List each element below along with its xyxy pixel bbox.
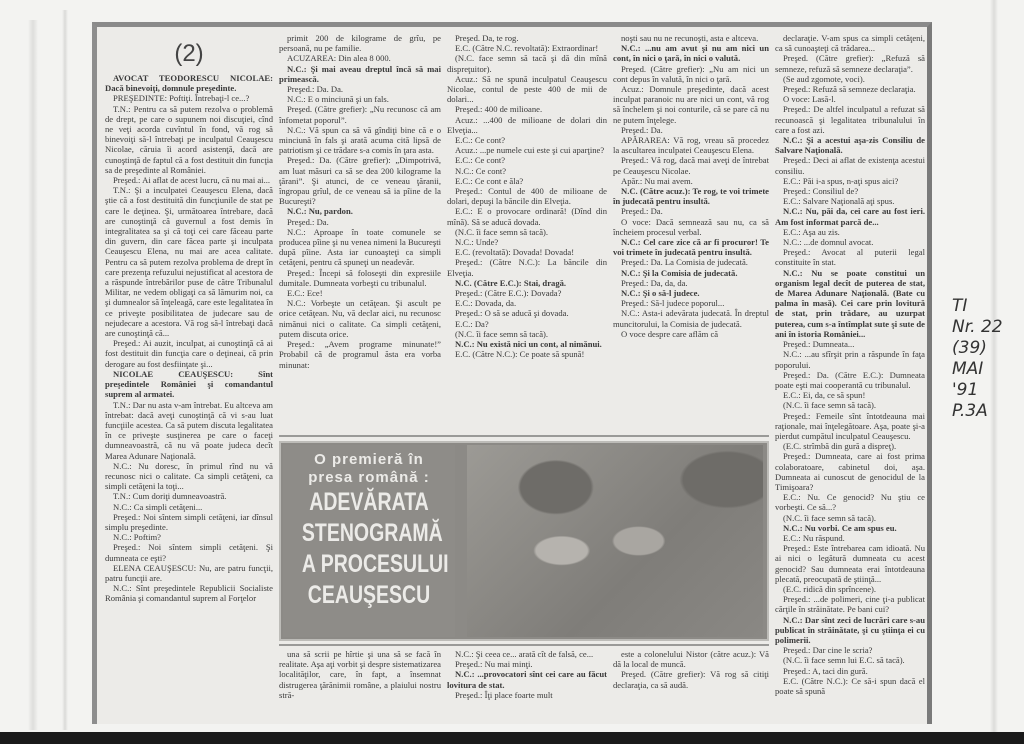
banner-title: CEAUŞESCU [302,580,436,611]
paragraph: Preşed.: Să-l judece poporul... [613,298,769,308]
paragraph: N.C. (Către acuz.): Te rog, te voi trime… [613,186,769,206]
article-column-4-continued: este a colonelului Nistor (către acuz.):… [613,649,769,707]
paragraph: Preşed.: (Către E.C.): Dovada? [447,288,607,298]
paragraph: N.C.: Nu, păi da, cei care au fost ieri.… [775,206,925,226]
paragraph: T.N.: Cum doriţi dumneavoastră. [105,491,273,501]
paragraph: T.N.: Şi a inculpatei Ceauşescu Elena, d… [105,185,273,338]
paragraph: E.C.: Dovada, da. [447,298,607,308]
article-column-3-continued: N.C.: Şi ceea ce... arată cît de falsă, … [447,649,607,707]
paragraph: (N.C. îi face semn să tacă). [447,227,607,237]
paragraph: N.C.: Dar sînt zeci de lucrări care s-au… [775,615,925,646]
paragraph: O voce: Dacă semnează sau nu, ca să înch… [613,217,769,237]
paragraph: N.C.: ...nu am avut şi nu am nici un con… [613,43,769,63]
paragraph: N.C.: ...au sfîrşit prin a răspunde în f… [775,349,925,369]
paragraph: (E.C. strîmbă din gură a dispreţ). [775,441,925,451]
paragraph: Apăr.: Nu mai avem. [613,176,769,186]
paragraph: (N.C. îi face semn să tacă). [775,400,925,410]
paragraph: N.C.: Nu există nici un cont, al nimănui… [447,339,607,349]
paragraph: O voce despre care aflăm că [613,329,769,339]
note-line: P.3A [952,401,1012,422]
paragraph: E.C.: Ce cont? [447,155,607,165]
article-column-2: primit 200 de kilograme de grîu, pe pers… [279,33,441,403]
paragraph: E.C.: Ce cont e ăla? [447,176,607,186]
handwritten-archive-note: TI Nr. 22 (39) MAI '91 P.3A [952,296,1012,422]
paragraph: Acuz.: ...400 de milioane de dolari din … [447,115,607,135]
paragraph: N.C.: Şi ceea ce... arată cît de falsă, … [447,649,607,659]
paragraph: Preşed.: Dumneata, care ai fost prima co… [775,451,925,492]
banner-kicker: O premieră în [283,451,455,469]
paragraph: Acuz.: Să ne spună inculpatul Ceauşescu … [447,74,607,105]
scan-edge-shadow [28,20,38,730]
paragraph: E.C.: Păi i-a spus, n-aţi spus aici? [775,176,925,186]
paragraph: Preşed.: Începi să foloseşti din expresi… [279,268,441,288]
paragraph: T.N.: Pentru ca să putem rezolva o probl… [105,104,273,175]
article-column-3: Preşed. Da, te rog. E.C. (Către N.C. rev… [447,33,607,403]
paragraph: Preşed.: Avocat al puterii legal constit… [775,247,925,267]
scan-edge-shadow [62,10,68,730]
note-line: Nr. 22 [952,317,1012,338]
paragraph: Acuz.: ...pe numele cui este şi cui apar… [447,145,607,155]
paragraph: (N.C. îi face semn lui E.C. să tacă). [775,655,925,665]
paragraph: una să scrii pe hîrtie şi una să se facă… [279,649,441,700]
paragraph: APĂRAREA: Vă rog, vreau să procedez la a… [613,135,769,155]
paragraph: N.C.: Şi a acestui aşa-zis Consiliu de S… [775,135,925,155]
paragraph: N.C.: Unde? [447,237,607,247]
paragraph: Preşed.: 400 de milioane. [447,104,607,114]
paragraph: Preşed.: Da, da, da. [613,278,769,288]
article-column-5: declaraţie. V-am spus ca simpli cetăţeni… [775,33,925,708]
paragraph: Preşed.: „Avem programe minunate!” Proba… [279,339,441,370]
paragraph: Preşed.: Femeile sînt întotdeauna mai ra… [775,411,925,442]
headline-banner: O premieră în presa română : ADEVĂRATA S… [279,441,769,641]
paragraph: Preşed.: Da. [613,125,769,135]
paragraph: N.C.: ...provocatori sînt cei care au fă… [447,669,607,689]
paragraph: T.N.: Dar nu asta v-am întrebat. Eu altc… [105,400,273,461]
paragraph: Preşed.: (Către N.C.): La băncile din El… [447,257,607,277]
divider-rule [279,435,769,437]
section-number: (2) [105,41,273,67]
paragraph: E.C.: Nu. Ce genocid? Nu ştiu ce vorbeşt… [775,492,925,512]
paragraph: N.C.: Nu vorbi. Ce am spus eu. [775,523,925,533]
paragraph: E.C. (Către N.C.): Ce să-i spun dacă el … [775,676,925,696]
paragraph: Preşed.: Noi sîntem simpli cetăţeni. Şi … [105,542,273,562]
paragraph: E.C. (Către N.C.): Ce poate să spună! [447,349,607,359]
paragraph: ACUZAREA: Din alea 8 000. [279,53,441,63]
paragraph: E.C. (Către N.C. revoltată): Extraordina… [447,43,607,53]
article-column-4: noşti sau nu ne recunoşti, asta e altcev… [613,33,769,403]
paragraph: N.C.: Nu, pardon. [279,206,441,216]
paragraph: N.C.: Nu se poate constitui un organism … [775,268,925,339]
paragraph: este a colonelului Nistor (către acuz.):… [613,649,769,669]
paragraph: N.C.: Ca simpli cetăţeni... [105,502,273,512]
paragraph: Preşed.: Contul de 400 de milioane de do… [447,186,607,206]
paragraph: N.C.: Poftim? [105,532,273,542]
paragraph: E.C.: Da? [447,319,607,329]
paragraph: N.C.: Ce cont? [447,166,607,176]
paragraph: N.C.: Şi o să-l judece. [613,288,769,298]
paragraph: Preşed.: Deci ai aflat de existenţa aces… [775,155,925,175]
paragraph: Preşed.: Ai auzit, inculpat, ai cunoştin… [105,338,273,369]
paragraph: E.C.: Ce cont? [447,135,607,145]
paragraph: primit 200 de kilograme de grîu, pe pers… [279,33,441,53]
paragraph: E.C. (revoltată): Dovada! Dovada! [447,247,607,257]
banner-title: ADEVĂRATA [302,487,436,518]
divider-rule [279,644,769,646]
paragraph: N.C.: Aproape în toate comunele se produ… [279,227,441,268]
paragraph: Preşed.: ...de polimeri, cine ţi-a publi… [775,594,925,614]
paragraph: Preşed.: Da. Da. [279,84,441,94]
paragraph: Preşed.: Refuză să semneze declaraţia. [775,84,925,94]
paragraph: Preşed.: Consiliul de? [775,186,925,196]
paragraph: Preşed. (Către grefier): „Nu am nici un … [613,64,769,84]
banner-kicker: presa română : [283,469,455,487]
paragraph: Preşed.: Da. [279,217,441,227]
paragraph: Preşed.: Ai aflat de acest lucru, că nu … [105,175,273,185]
paragraph: Preşed.: Dar cine le scria? [775,645,925,655]
paragraph: N.C.: Cel care zice că ar fi procuror! T… [613,237,769,257]
paragraph: Preşed.: Da. (Către E.C.): Dumneata poat… [775,370,925,390]
paragraph: NICOLAE CEAUŞESCU: Sînt preşedintele Rom… [105,369,273,400]
newspaper-clipping: (2) AVOCAT TEODORESCU NICOLAE: Dacă bine… [92,22,932,724]
paragraph: O voce: Lasă-l. [775,94,925,104]
paragraph: N.C.: Şi mai aveau dreptul încă să mai p… [279,64,441,84]
paragraph: N.C.: Sînt preşedintele Republicii Socia… [105,583,273,603]
banner-headline: O premieră în presa română : ADEVĂRATA S… [283,445,455,637]
paragraph: (N.C. îi face semn să tacă). [447,329,607,339]
paragraph: noşti sau nu ne recunoşti, asta e altcev… [613,33,769,43]
paragraph: E.C.: Ei, da, ce să spun! [775,390,925,400]
note-line: MAI '91 [952,359,1012,401]
paragraph: E.C.: Aşa au zis. [775,227,925,237]
paragraph: Preşed.: Îţi place foarte mult [447,690,607,700]
scanner-edge [0,732,1024,744]
paragraph: Preşed. (Către grefier): „Refuză să semn… [775,53,925,73]
note-line: TI [952,296,1012,317]
paragraph: N.C.: Şi la Comisia de judecată. [613,268,769,278]
paragraph: Preşed. (Către grefier): Vă rog să citiţ… [613,669,769,689]
paragraph: N.C.: Nu doresc, în primul rînd nu vă re… [105,461,273,492]
paragraph: Preşed.: A, taci din gură. [775,666,925,676]
paragraph: (Se aud zgomote, voci). [775,74,925,84]
paragraph: E.C.: Nu răspund. [775,533,925,543]
paragraph: Preşed.: Nu mai minţi. [447,659,607,669]
paragraph: ELENA CEAUŞESCU: Nu, are patru funcţii, … [105,563,273,583]
paragraph: N.C.: Vorbeşte un cetăţean. Şi ascult pe… [279,298,441,339]
paragraph: Preşed.: Vă rog, dacă mai aveţi de între… [613,155,769,175]
paragraph: Preşed. (Către grefier): „Nu recunosc că… [279,104,441,124]
paragraph: (N.C. îi face semn să tacă). [775,513,925,523]
paragraph: N.C.: E o minciună şi un fals. [279,94,441,104]
article-column-2-continued: una să scrii pe hîrtie şi una să se facă… [279,649,441,707]
paragraph: Acuz.: Domnule preşedinte, dacă acest in… [613,84,769,125]
paragraph: PREŞEDINTE: Poftiţi. Întrebaţi-l ce...? [105,93,273,103]
paragraph: Preşed.: Noi sîntem simpli cetăţeni, iar… [105,512,273,532]
banner-title: A PROCESULUI [302,549,436,580]
paragraph: Preşed.: Dumneata... [775,339,925,349]
paragraph: E.C.: Salvare Naţională aţi spus. [775,196,925,206]
article-column-1: (2) AVOCAT TEODORESCU NICOLAE: Dacă bine… [105,33,273,708]
paragraph: (N.C. face semn să tacă şi dă din mînă d… [447,53,607,73]
paragraph: N.C.: Vă spun ca să vă gîndiţi bine că e… [279,125,441,156]
paragraph: Preşed.: Da. [613,206,769,216]
note-line: (39) [952,338,1012,359]
paragraph: Preşed.: Da. (Către grefier): „Dimpotriv… [279,155,441,206]
paragraph: E.C.: Ece! [279,288,441,298]
paragraph: Preşed. Da, te rog. [447,33,607,43]
paragraph: Preşed.: Este întrebarea cam idioată. Nu… [775,543,925,584]
paragraph: declaraţie. V-am spus ca simpli cetăţeni… [775,33,925,53]
paragraph: N.C. (Către E.C.): Stai, dragă. [447,278,607,288]
paragraph: N.C.: ...de domnul avocat. [775,237,925,247]
paragraph: AVOCAT TEODORESCU NICOLAE: Dacă binevoiţ… [105,73,273,93]
trial-photo [467,445,763,637]
paragraph: Preşed.: O să se aducă şi dovada. [447,308,607,318]
paragraph: E.C.: E o provocare ordinară! (Dînd din … [447,206,607,226]
paragraph: N.C.: Asta-i adevărata judecată. În drep… [613,308,769,328]
banner-title: STENOGRAMĂ [302,518,436,549]
paragraph: Preşed.: Da. La Comisia de judecată. [613,257,769,267]
paragraph: Preşed.: De altfel inculpatul a refuzat … [775,104,925,135]
paragraph: (E.C. ridică din sprîncene). [775,584,925,594]
